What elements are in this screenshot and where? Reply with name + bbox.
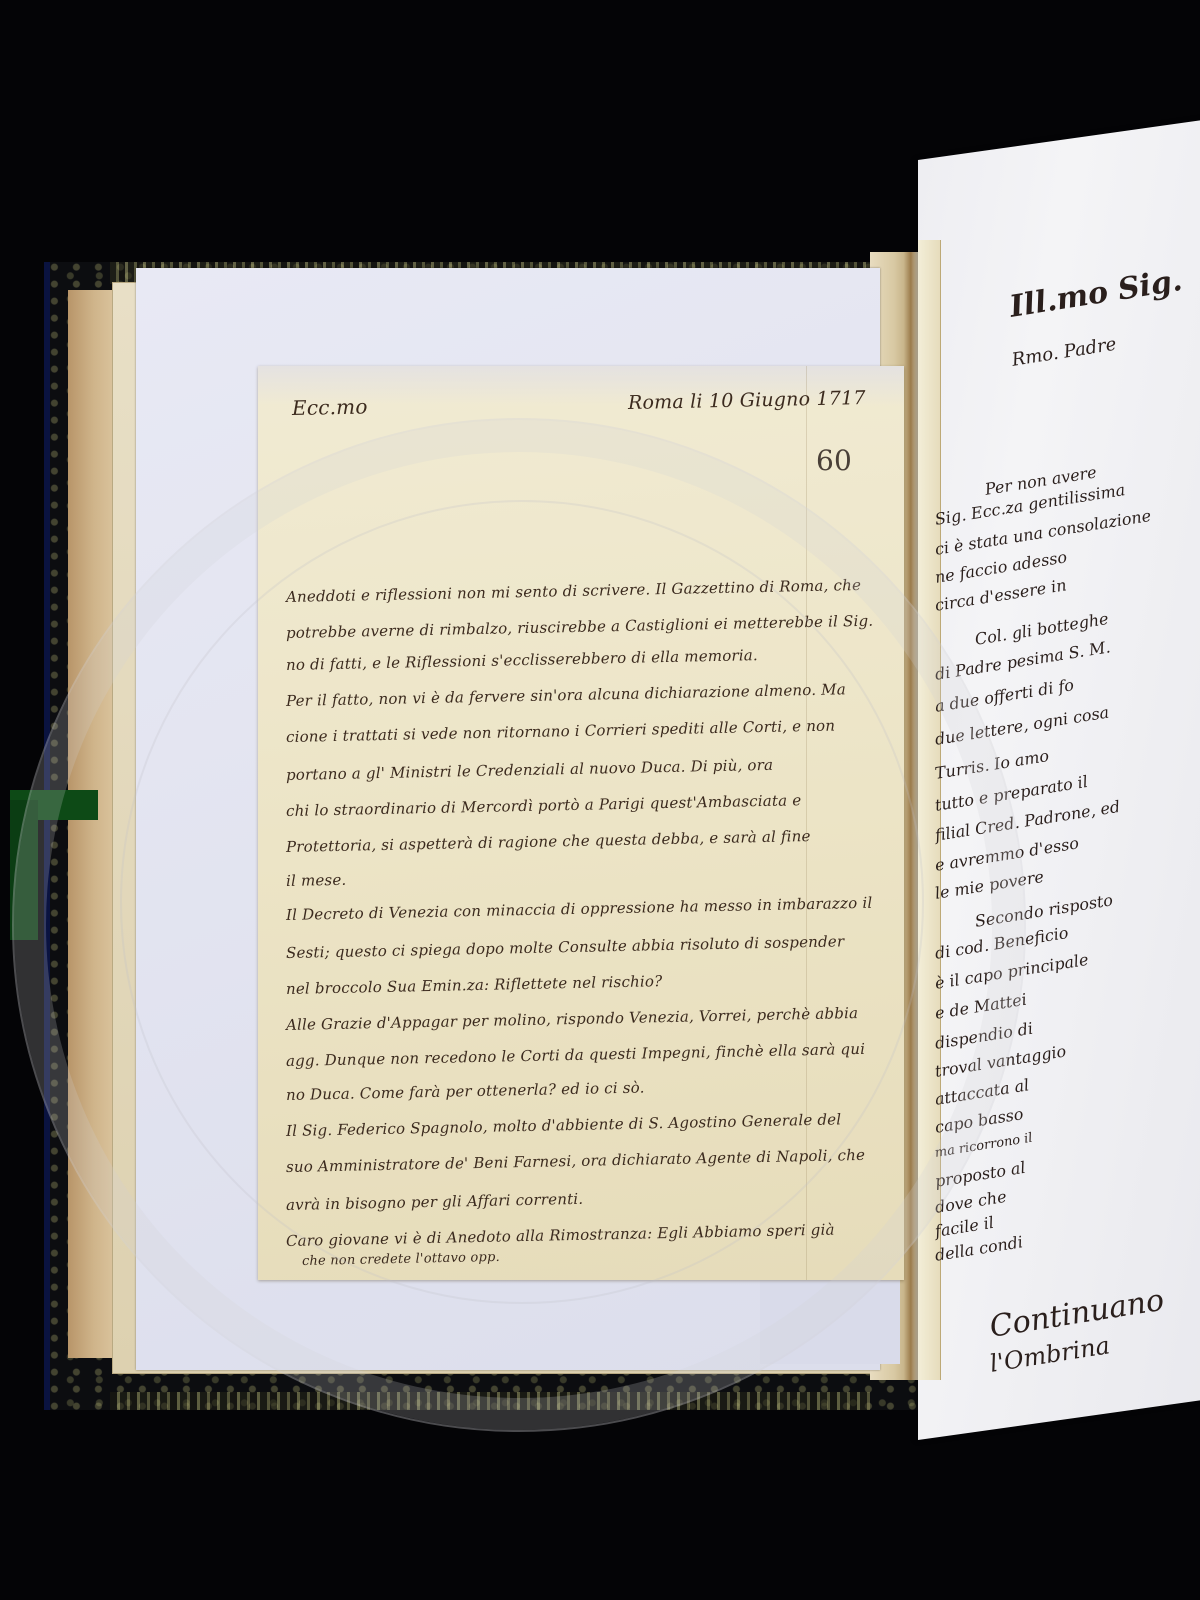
letter-line: chi lo straordinario di Mercordì portò a… — [286, 791, 802, 820]
letter-line: agg. Dunque non recedono le Corti da que… — [286, 1040, 865, 1070]
letter-line: Il Decreto di Venezia con minaccia di op… — [286, 894, 873, 924]
letter-line: Caro giovane vi è di Anedoto alla Rimost… — [286, 1221, 835, 1250]
green-ribbon-tail — [10, 800, 38, 940]
letter-line: potrebbe averne di rimbalzo, riuscirebbe… — [286, 612, 874, 642]
folio-number: 60 — [816, 444, 852, 477]
letter-line: Il Sig. Federico Spagnolo, molto d'abbie… — [286, 1110, 842, 1140]
letter-line: Sesti; questo ci spiega dopo molte Consu… — [286, 932, 845, 962]
letter-line: Aneddoti e riflessioni non mi sento di s… — [286, 576, 861, 606]
marbled-edge-bottom — [110, 1392, 870, 1410]
letter-line: il mese. — [286, 871, 347, 890]
letter-line: che non credete l'ottavo opp. — [302, 1250, 500, 1269]
letter-line: cione i trattati si vede non ritornano i… — [286, 716, 836, 745]
letter-line: Per il fatto, non vi è da fervere sin'or… — [286, 680, 846, 710]
letter-line: no di fatti, e le Riflessioni s'ecclisse… — [286, 646, 758, 674]
backing-sheet-corner — [760, 1270, 900, 1364]
dateline: Roma li 10 Giugno 1717 — [628, 387, 866, 414]
letter-line: nel broccolo Sua Emin.za: Riflettete nel… — [286, 972, 663, 998]
letter-line: Protettoria, si aspetterà di ragione che… — [286, 827, 811, 856]
letter-line: avrà in bisogno per gli Affari correnti. — [286, 1190, 584, 1214]
letter-line: suo Amministratore de' Beni Farnesi, ora… — [286, 1146, 865, 1176]
salutation: Ecc.mo — [292, 394, 368, 420]
letter-line: no Duca. Come farà per ottenerla? ed io … — [286, 1078, 645, 1104]
letter-line: Alle Grazie d'Appagar per molino, rispon… — [286, 1004, 859, 1034]
letter-line: portano a gl' Ministri le Credenziali al… — [286, 756, 774, 784]
letter-page: Ecc.mo Roma li 10 Giugno 1717 60 Aneddot… — [258, 366, 904, 1280]
paper-fold-line — [806, 366, 807, 1280]
